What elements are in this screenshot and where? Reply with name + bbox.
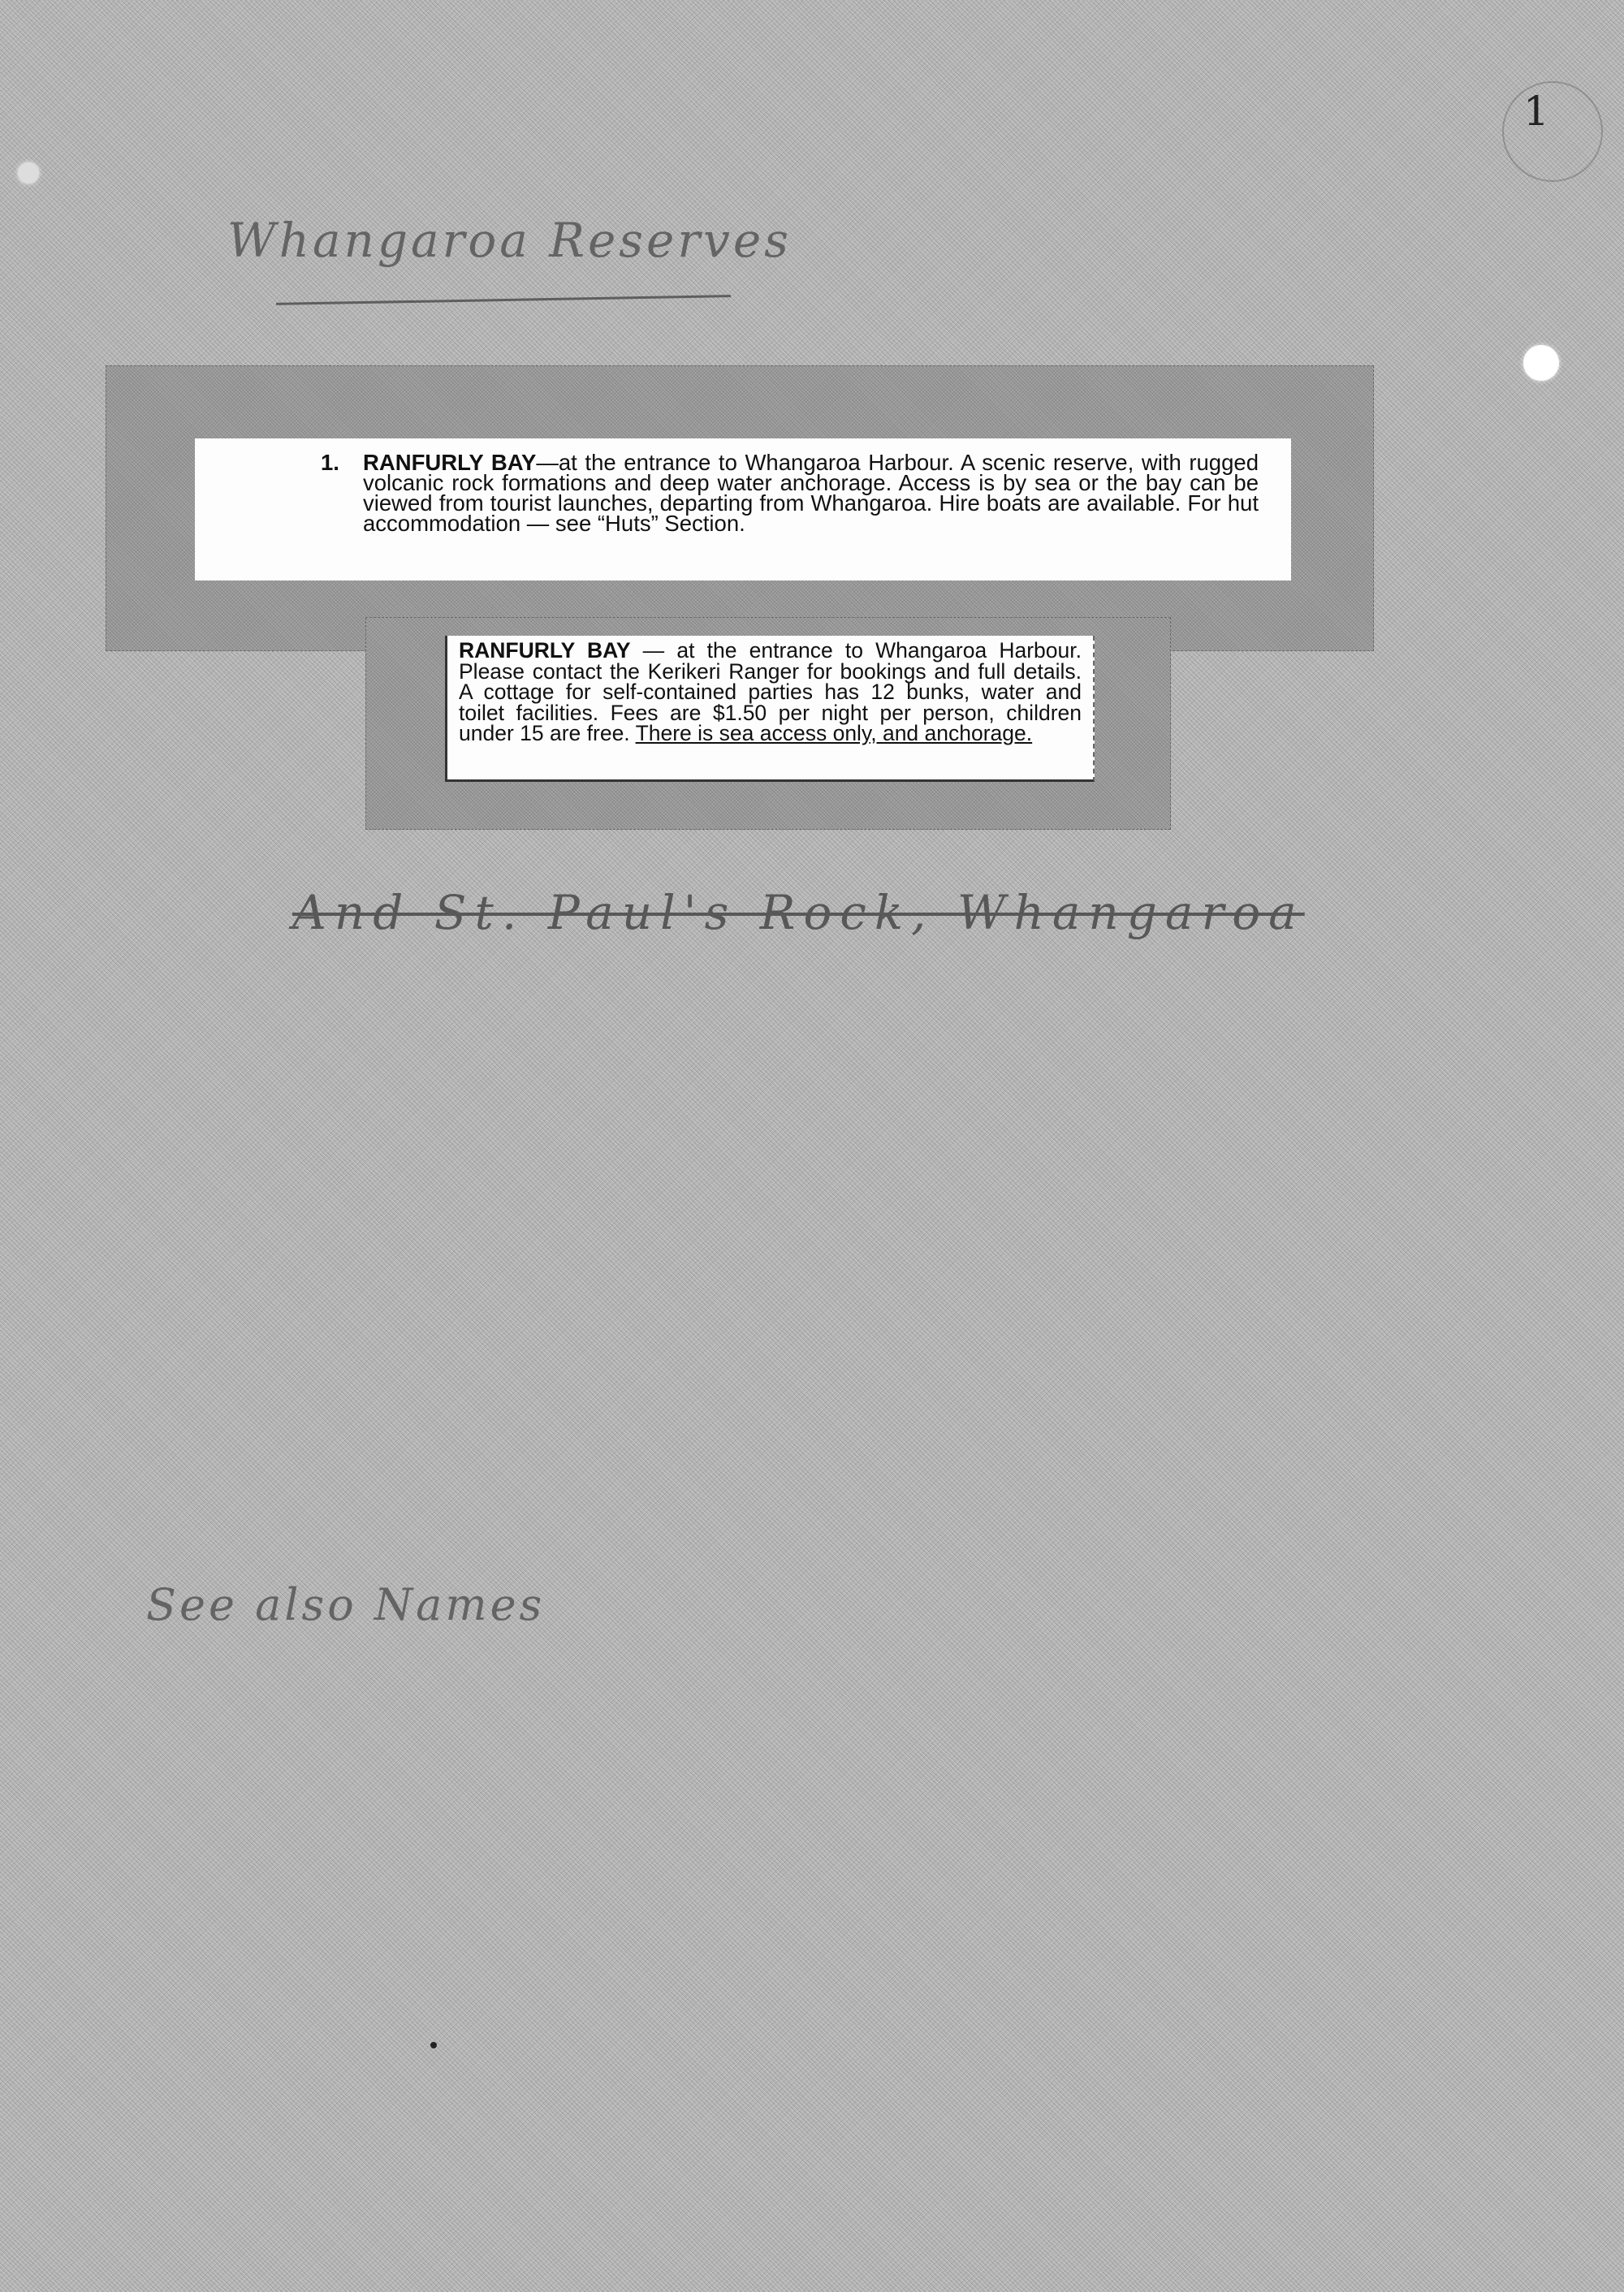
clipping-entry: 1. RANFURLY BAY—at the entrance to Whang… <box>321 452 1259 533</box>
punch-hole-right <box>1523 345 1559 381</box>
handwritten-title: Whangaroa Reserves <box>227 213 792 268</box>
stray-ink-mark <box>430 2042 437 2048</box>
newspaper-clipping-1: 1. RANFURLY BAY—at the entrance to Whang… <box>195 438 1291 581</box>
punch-hole-left <box>18 162 39 183</box>
entry-number: 1. <box>321 452 363 533</box>
page-number: 1 <box>1523 88 1549 135</box>
newspaper-clipping-2: RANFURLY BAY — at the entrance to Whanga… <box>445 636 1095 782</box>
struck-through-note: And St. Paul's Rock, Whangaroa <box>292 885 1305 940</box>
entry-text: RANFURLY BAY—at the entrance to Whangaro… <box>363 452 1259 533</box>
title-underline <box>276 295 731 305</box>
entry-underlined-text: There is sea access only, and anchorage. <box>636 721 1033 745</box>
see-also-note: See also Names <box>146 1579 545 1630</box>
page-number-circle <box>1502 81 1603 182</box>
entry-text: RANFURLY BAY — at the entrance to Whanga… <box>459 641 1082 745</box>
